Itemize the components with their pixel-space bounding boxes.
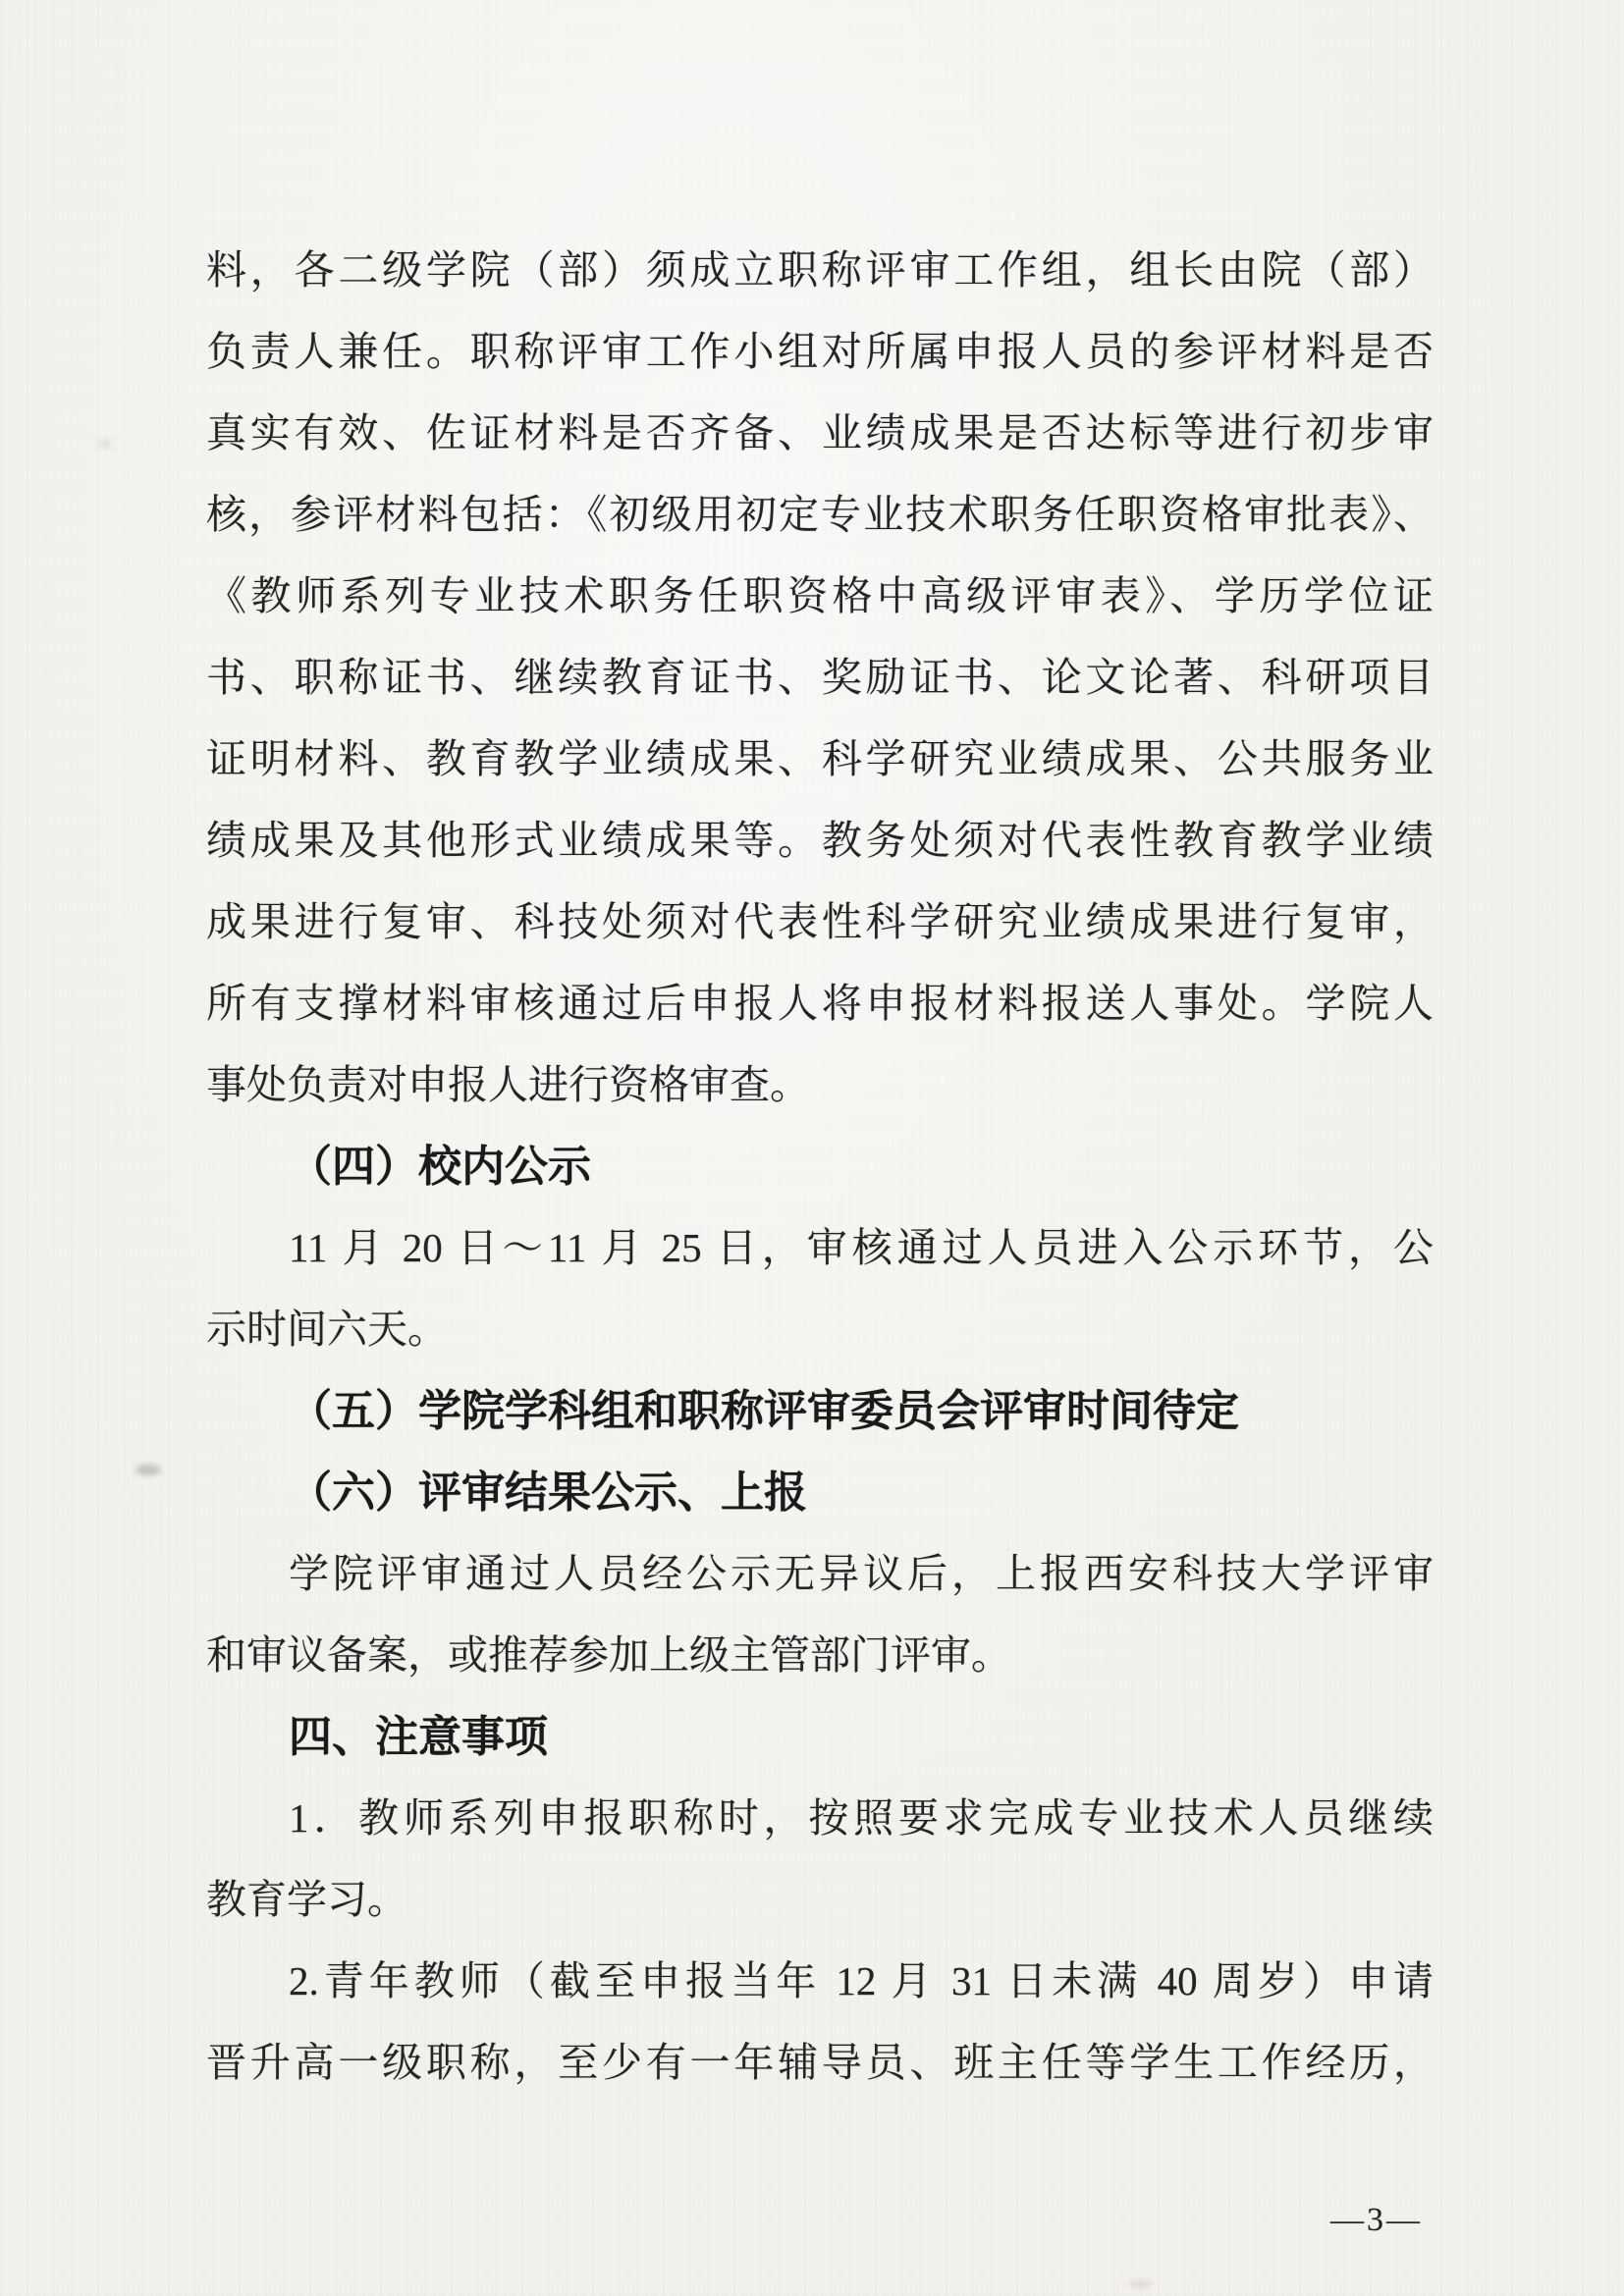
body-line-20: 1．教师系列申报职称时，按照要求完成专业技术人员继续: [206, 1778, 1434, 1859]
body-line-7: 证明材料、教育教学业绩成果、科学研究业绩成果、公共服务业: [206, 719, 1434, 800]
body-line-13: 11 月 20 日～11 月 25 日，审核通过人员进入公示环节，公: [206, 1207, 1434, 1289]
body-line-11: 事处负责对申报人进行资格审查。: [206, 1044, 1434, 1126]
body-line-21: 教育学习。: [206, 1859, 1434, 1941]
scan-smudge: [135, 1465, 161, 1475]
heading-notes: 四、注意事项: [206, 1696, 1434, 1778]
body-line-17: 学院评审通过人员经公示无异议后，上报西安科技大学评审: [206, 1533, 1434, 1615]
body-line-3: 真实有效、佐证材料是否齐备、业绩成果是否达标等进行初步审: [206, 393, 1434, 474]
heading-section-4-campus-publicity: （四）校内公示: [206, 1126, 1434, 1207]
body-line-18: 和审议备案，或推荐参加上级主管部门评审。: [206, 1615, 1434, 1696]
body-line-5: 《教师系列专业技术职务任职资格中高级评审表》、学历学位证: [206, 556, 1434, 637]
body-line-2: 负责人兼任。职称评审工作小组对所属申报人员的参评材料是否: [206, 311, 1434, 393]
body-line-4: 核，参评材料包括：《初级用初定专业技术职务任职资格审批表》、: [206, 474, 1434, 556]
scan-smudge: [1129, 2279, 1151, 2289]
heading-section-5-review-time: （五）学院学科组和职称评审委员会评审时间待定: [206, 1370, 1434, 1452]
scan-smudge: [98, 440, 112, 448]
body-line-1: 料，各二级学院（部）须成立职称评审工作组，组长由院（部）: [206, 230, 1434, 311]
body-line-10: 所有支撑材料审核通过后申报人将申报材料报送人事处。学院人: [206, 963, 1434, 1044]
body-line-22: 2.青年教师（截至申报当年 12 月 31 日未满 40 周岁）申请: [206, 1941, 1434, 2022]
body-line-23: 晋升高一级职称，至少有一年辅导员、班主任等学生工作经历，: [206, 2022, 1434, 2104]
heading-section-6-result-report: （六）评审结果公示、上报: [206, 1452, 1434, 1533]
body-line-8: 绩成果及其他形式业绩成果等。教务处须对代表性教育教学业绩: [206, 800, 1434, 881]
page-number: —3—: [1330, 2197, 1423, 2244]
body-line-6: 书、职称证书、继续教育证书、奖励证书、论文论著、科研项目: [206, 637, 1434, 719]
document-page: 料，各二级学院（部）须成立职称评审工作组，组长由院（部） 负责人兼任。职称评审工…: [0, 0, 1624, 2296]
document-text-block: 料，各二级学院（部）须成立职称评审工作组，组长由院（部） 负责人兼任。职称评审工…: [206, 230, 1434, 2104]
body-line-9: 成果进行复审、科技处须对代表性科学研究业绩成果进行复审，: [206, 881, 1434, 963]
body-line-14: 示时间六天。: [206, 1289, 1434, 1370]
